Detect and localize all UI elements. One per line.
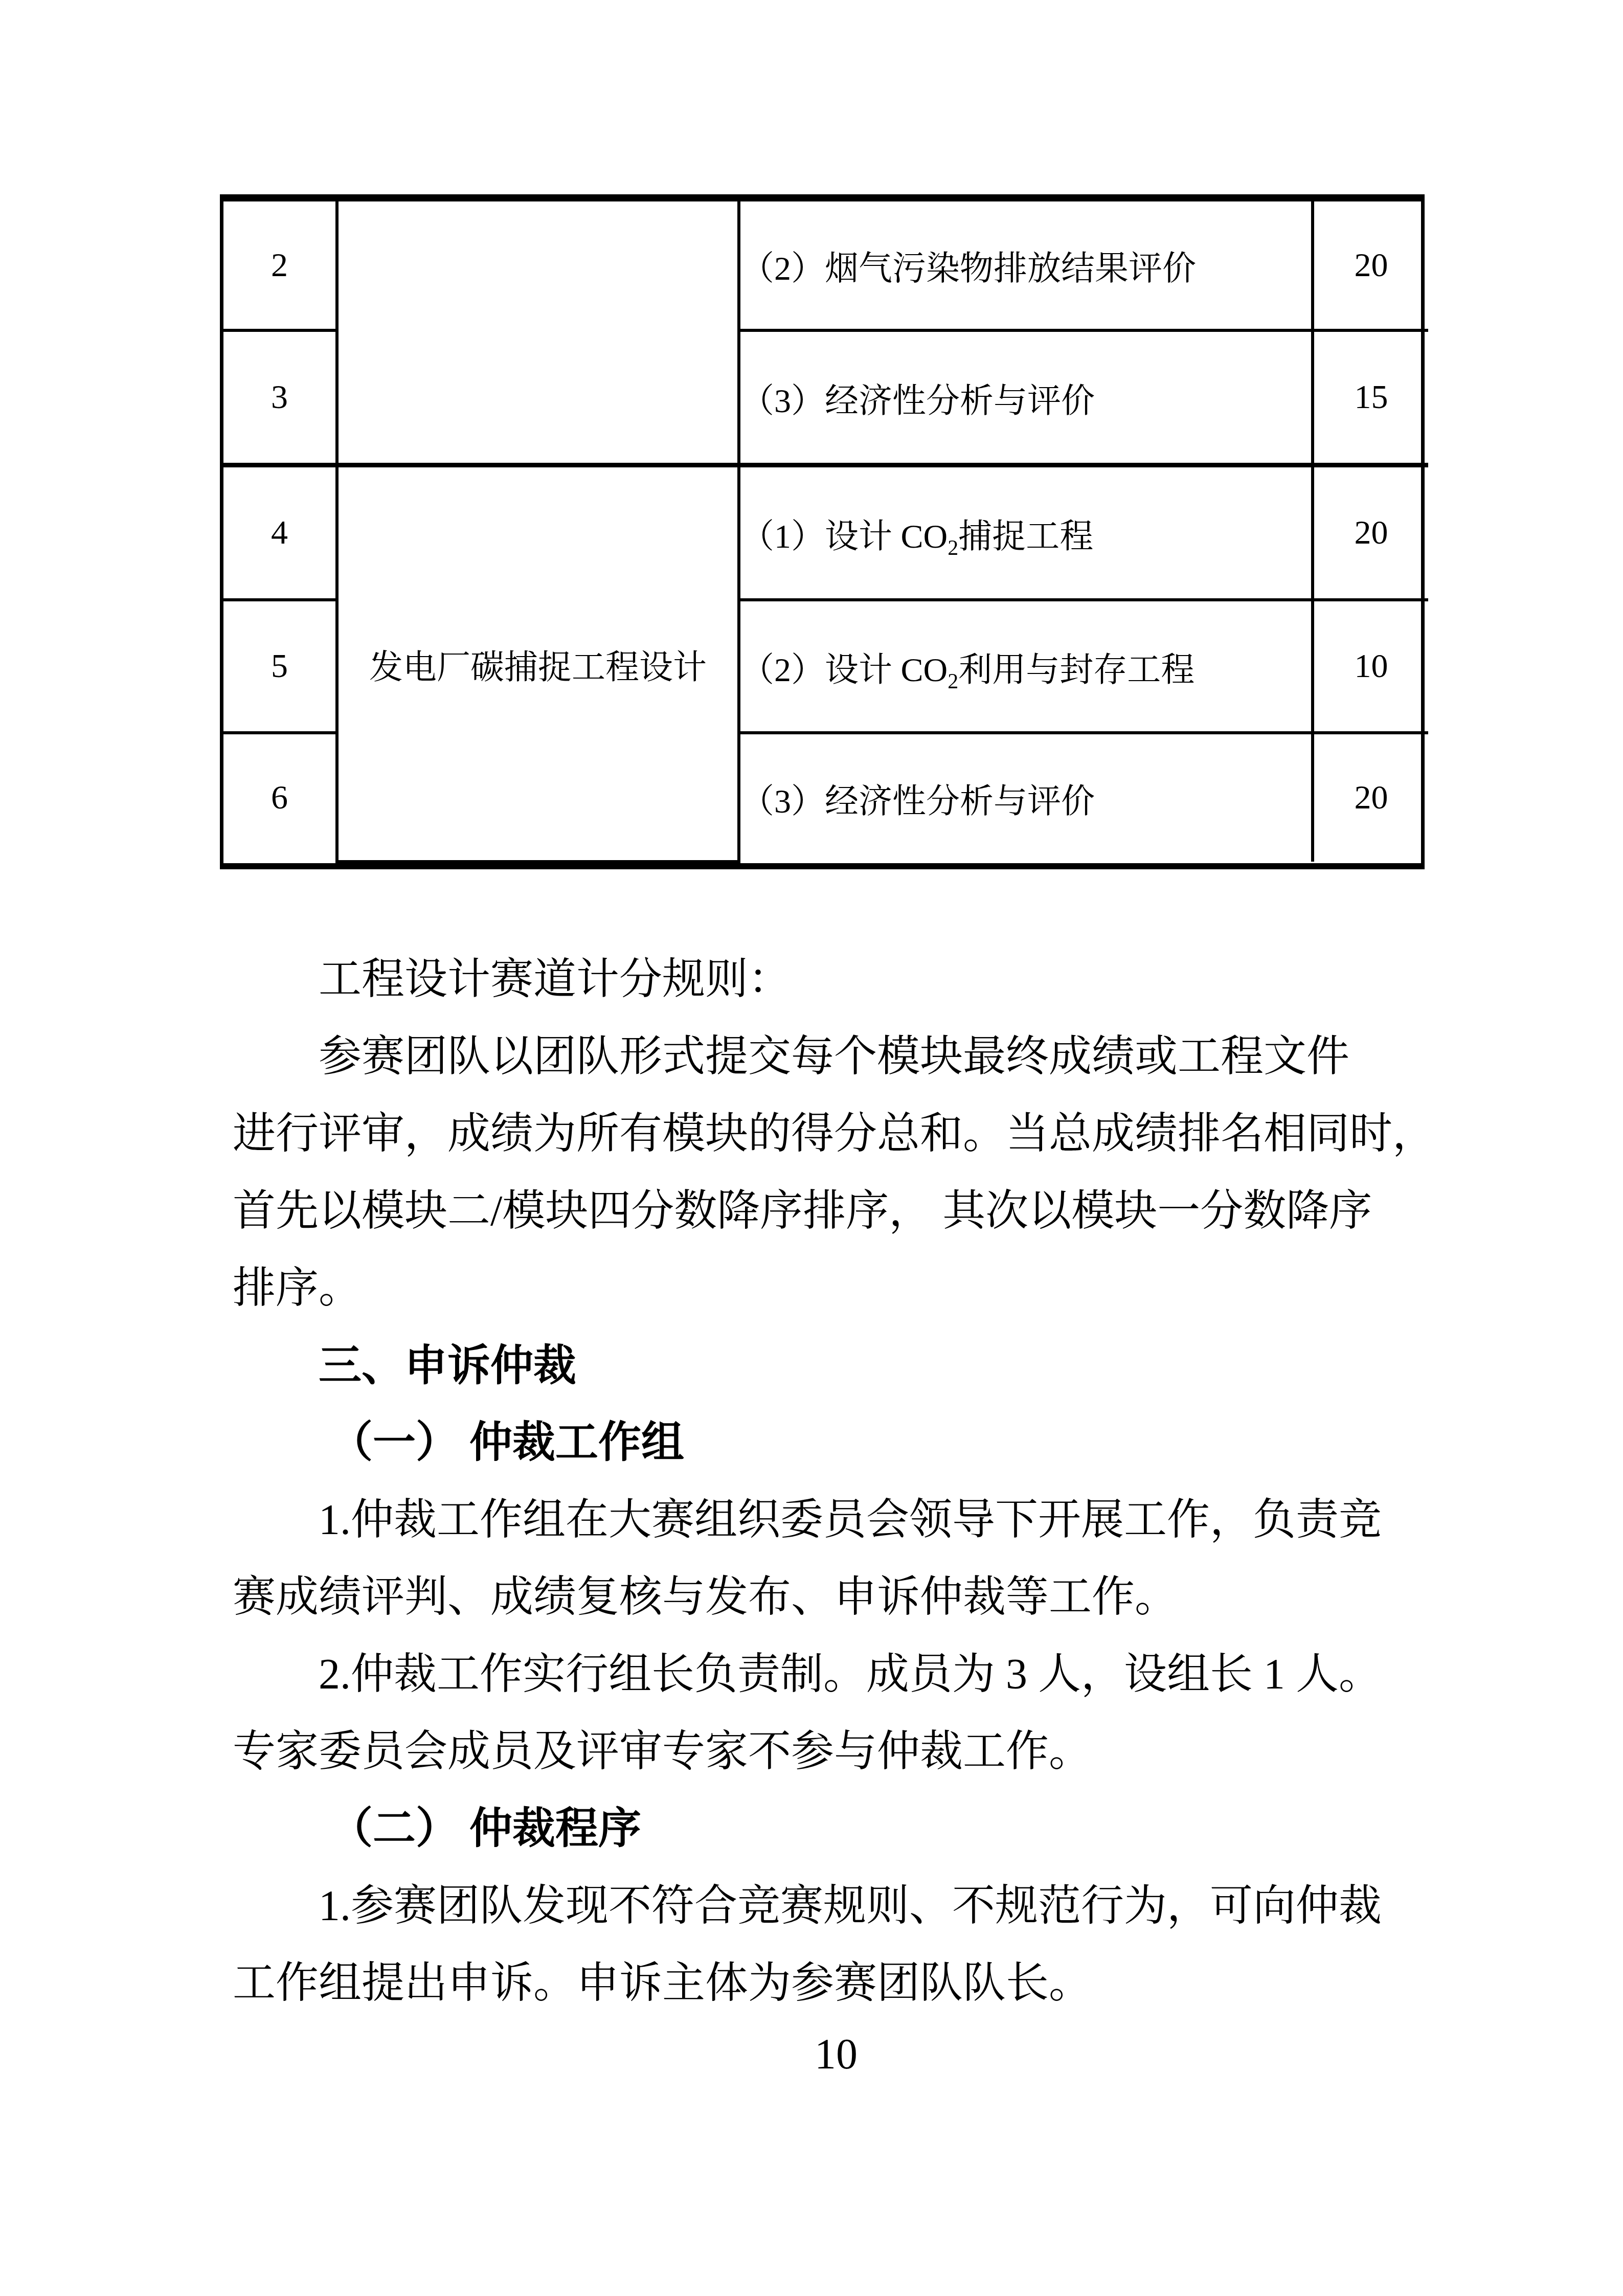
cell-subitem: （2）烟气污染物排放结果评价 bbox=[739, 201, 1313, 330]
subscript: 2 bbox=[948, 670, 958, 693]
cell-subitem: （3）经济性分析与评价 bbox=[739, 330, 1313, 465]
cell-subitem: （1）设计 CO2捕捉工程 bbox=[739, 465, 1313, 600]
subitem-text: 捕捉工程 bbox=[958, 518, 1093, 555]
subsection-heading-arbitration-procedure: （二） 仲裁程序 bbox=[233, 1790, 1404, 1867]
subitem-text: （3）经济性分析与评价 bbox=[740, 783, 1095, 820]
arbitration-group-item-1-line-2: 赛成绩评判、成绩复核与发布、申诉仲裁等工作。 bbox=[233, 1559, 1404, 1636]
scoring-rules-title: 工程设计赛道计分规则： bbox=[233, 941, 1404, 1018]
arbitration-procedure-item-1-line-1: 1.参赛团队发现不符合竞赛规则、不规范行为，可向仲裁 bbox=[233, 1867, 1404, 1945]
table-row: 4 发电厂碳捕捉工程设计 （1）设计 CO2捕捉工程 20 bbox=[223, 465, 1428, 600]
subsection-heading-arbitration-group: （一） 仲裁工作组 bbox=[233, 1404, 1404, 1481]
cell-score: 20 bbox=[1313, 201, 1428, 330]
cell-score: 20 bbox=[1313, 465, 1428, 600]
arbitration-group-item-2-line-2: 专家委员会成员及评审专家不参与仲裁工作。 bbox=[233, 1713, 1404, 1790]
arbitration-group-item-1-line-1: 1.仲裁工作组在大赛组织委员会领导下开展工作，负责竞 bbox=[233, 1481, 1404, 1559]
subitem-text: （1）设计 CO bbox=[740, 518, 948, 555]
subitem-text: （2）设计 CO bbox=[740, 651, 948, 689]
cell-row-number: 4 bbox=[223, 465, 337, 600]
arbitration-procedure-item-1-line-2: 工作组提出申诉。申诉主体为参赛团队队长。 bbox=[233, 1945, 1404, 2022]
cell-row-number: 6 bbox=[223, 733, 337, 862]
cell-score: 20 bbox=[1313, 733, 1428, 862]
subitem-text: （3）经济性分析与评价 bbox=[740, 382, 1095, 420]
cell-row-number: 3 bbox=[223, 330, 337, 465]
scoring-rules-line-3: 首先以模块二/模块四分数降序排序， 其次以模块一分数降序 bbox=[233, 1173, 1404, 1250]
score-table: 2 （2）烟气污染物排放结果评价 20 3 （3）经济性分析与评价 15 4 发… bbox=[220, 194, 1425, 869]
subitem-text: 利用与封存工程 bbox=[958, 651, 1194, 689]
subitem-text: （2）烟气污染物排放结果评价 bbox=[740, 250, 1196, 287]
scoring-rules-line-4: 排序。 bbox=[233, 1250, 1404, 1327]
cell-subitem: （2）设计 CO2利用与封存工程 bbox=[739, 600, 1313, 733]
document-page: 2 （2）烟气污染物排放结果评价 20 3 （3）经济性分析与评价 15 4 发… bbox=[0, 0, 1623, 2296]
scoring-rules-line-1: 参赛团队以团队形式提交每个模块最终成绩或工程文件 bbox=[233, 1018, 1404, 1095]
cell-score: 15 bbox=[1313, 330, 1428, 465]
scoring-rules-line-2: 进行评审，成绩为所有模块的得分总和。当总成绩排名相同时， bbox=[233, 1095, 1404, 1173]
cell-score: 10 bbox=[1313, 600, 1428, 733]
cell-row-number: 2 bbox=[223, 201, 337, 330]
cell-project-merged-top bbox=[337, 201, 739, 465]
cell-subitem: （3）经济性分析与评价 bbox=[739, 733, 1313, 862]
subscript: 2 bbox=[948, 536, 958, 560]
cell-project-merged-bottom: 发电厂碳捕捉工程设计 bbox=[337, 465, 739, 862]
page-number: 10 bbox=[785, 2031, 887, 2078]
arbitration-group-item-2-line-1: 2.仲裁工作实行组长负责制。成员为 3 人，设组长 1 人。 bbox=[233, 1636, 1404, 1713]
section-heading-appeal-arbitration: 三、申诉仲裁 bbox=[233, 1327, 1404, 1404]
cell-row-number: 5 bbox=[223, 600, 337, 733]
body-text: 工程设计赛道计分规则： 参赛团队以团队形式提交每个模块最终成绩或工程文件 进行评… bbox=[233, 941, 1404, 2022]
table-row: 2 （2）烟气污染物排放结果评价 20 bbox=[223, 201, 1428, 330]
